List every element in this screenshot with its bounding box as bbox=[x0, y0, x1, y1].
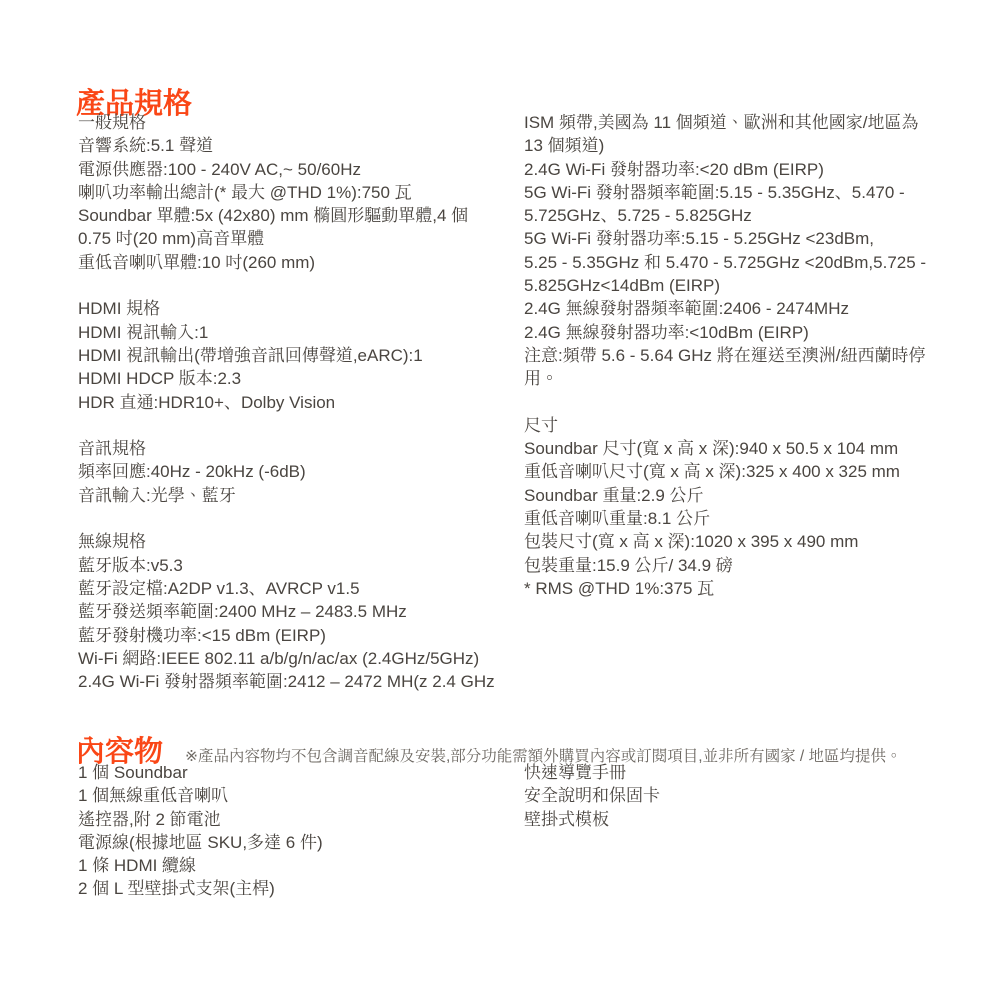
spec-line-group: 無線規格藍牙版本:v5.3藍牙設定檔:A2DP v1.3、AVRCP v1.5藍… bbox=[78, 530, 524, 693]
spec-line: 2.4G 無線發射器功率:<10dBm (EIRP) bbox=[524, 321, 976, 344]
spec-line: 重低音喇叭單體:10 吋(260 mm) bbox=[78, 251, 524, 274]
spec-line: 用。 bbox=[524, 367, 976, 390]
spec-line-group: ISM 頻帶,美國為 11 個頻道、歐洲和其他國家/地區為13 個頻道)2.4G… bbox=[524, 111, 976, 391]
spec-line: ISM 頻帶,美國為 11 個頻道、歐洲和其他國家/地區為 bbox=[524, 111, 976, 134]
contents-item-group: 快速導覽手冊安全說明和保固卡壁掛式模板 bbox=[524, 761, 976, 831]
spec-line: 2.4G 無線發射器頻率範圍:2406 - 2474MHz bbox=[524, 297, 976, 320]
product-spec-page: 產品規格 一般規格音響系統:5.1 聲道電源供應器:100 - 240V AC,… bbox=[0, 0, 1000, 1000]
spec-line-heading: 一般規格 bbox=[78, 111, 524, 134]
spec-line-heading: 音訊規格 bbox=[78, 437, 524, 460]
contents-item: 1 條 HDMI 纜線 bbox=[78, 854, 524, 877]
spec-line: 重低音喇叭重量:8.1 公斤 bbox=[524, 507, 976, 530]
spec-line: HDMI 視訊輸入:1 bbox=[78, 321, 524, 344]
contents-item: 2 個 L 型壁掛式支架(主桿) bbox=[78, 877, 524, 900]
spec-line: HDMI HDCP 版本:2.3 bbox=[78, 367, 524, 390]
spec-line: 注意:頻帶 5.6 - 5.64 GHz 將在運送至澳洲/紐西蘭時停 bbox=[524, 344, 976, 367]
spec-line: 5.725GHz、5.725 - 5.825GHz bbox=[524, 204, 976, 227]
box-contents-left-column: 1 個 Soundbar1 個無線重低音喇叭遙控器,附 2 節電池電源線(根據地… bbox=[78, 761, 524, 901]
spec-line: 電源供應器:100 - 240V AC,~ 50/60Hz bbox=[78, 158, 524, 181]
spec-line-group: 音訊規格頻率回應:40Hz - 20kHz (-6dB)音訊輸入:光學、藍牙 bbox=[78, 437, 524, 507]
spec-line: Soundbar 重量:2.9 公斤 bbox=[524, 484, 976, 507]
spec-line: 0.75 吋(20 mm)高音單體 bbox=[78, 227, 524, 250]
contents-item: 1 個 Soundbar bbox=[78, 761, 524, 784]
contents-item-group: 1 個 Soundbar1 個無線重低音喇叭遙控器,附 2 節電池電源線(根據地… bbox=[78, 761, 524, 901]
spec-line: Soundbar 單體:5x (42x80) mm 橢圓形驅動單體,4 個 bbox=[78, 204, 524, 227]
spec-line: 2.4G Wi-Fi 發射器頻率範圍:2412 – 2472 MH(z 2.4 … bbox=[78, 670, 524, 693]
spec-line: 5.825GHz<14dBm (EIRP) bbox=[524, 274, 976, 297]
spec-line-heading: HDMI 規格 bbox=[78, 297, 524, 320]
spec-line: 包裝重量:15.9 公斤/ 34.9 磅 bbox=[524, 554, 976, 577]
spec-line: Wi-Fi 網路:IEEE 802.11 a/b/g/n/ac/ax (2.4G… bbox=[78, 647, 524, 670]
contents-item: 壁掛式模板 bbox=[524, 808, 976, 831]
spec-line: 藍牙設定檔:A2DP v1.3、AVRCP v1.5 bbox=[78, 577, 524, 600]
spec-line: 5.25 - 5.35GHz 和 5.470 - 5.725GHz <20dBm… bbox=[524, 251, 976, 274]
contents-item: 快速導覽手冊 bbox=[524, 761, 976, 784]
spec-line-group: HDMI 規格HDMI 視訊輸入:1HDMI 視訊輸出(帶增強音訊回傳聲道,eA… bbox=[78, 297, 524, 413]
spec-line: HDMI 視訊輸出(帶增強音訊回傳聲道,eARC):1 bbox=[78, 344, 524, 367]
spec-line: 藍牙版本:v5.3 bbox=[78, 554, 524, 577]
spec-line: 藍牙發射機功率:<15 dBm (EIRP) bbox=[78, 624, 524, 647]
contents-item: 遙控器,附 2 節電池 bbox=[78, 808, 524, 831]
spec-line-heading: 無線規格 bbox=[78, 530, 524, 553]
spec-line: 5G Wi-Fi 發射器功率:5.15 - 5.25GHz <23dBm, bbox=[524, 227, 976, 250]
contents-item: 電源線(根據地區 SKU,多達 6 件) bbox=[78, 831, 524, 854]
contents-item: 安全說明和保固卡 bbox=[524, 784, 976, 807]
spec-line: 5G Wi-Fi 發射器頻率範圍:5.15 - 5.35GHz、5.470 - bbox=[524, 181, 976, 204]
spec-line: 藍牙發送頻率範圍:2400 MHz – 2483.5 MHz bbox=[78, 600, 524, 623]
spec-line-group: 一般規格音響系統:5.1 聲道電源供應器:100 - 240V AC,~ 50/… bbox=[78, 111, 524, 274]
spec-line: 2.4G Wi-Fi 發射器功率:<20 dBm (EIRP) bbox=[524, 158, 976, 181]
spec-line: * RMS @THD 1%:375 瓦 bbox=[524, 577, 976, 600]
spec-line: 音響系統:5.1 聲道 bbox=[78, 134, 524, 157]
spec-line: 包裝尺寸(寬 x 高 x 深):1020 x 395 x 490 mm bbox=[524, 530, 976, 553]
product-specs-right-column: ISM 頻帶,美國為 11 個頻道、歐洲和其他國家/地區為13 個頻道)2.4G… bbox=[524, 111, 976, 600]
spec-line: 喇叭功率輸出總計(* 最大 @THD 1%):750 瓦 bbox=[78, 181, 524, 204]
spec-line: 音訊輸入:光學、藍牙 bbox=[78, 484, 524, 507]
spec-line: HDR 直通:HDR10+、Dolby Vision bbox=[78, 391, 524, 414]
spec-line-group: 尺寸Soundbar 尺寸(寬 x 高 x 深):940 x 50.5 x 10… bbox=[524, 414, 976, 600]
contents-item: 1 個無線重低音喇叭 bbox=[78, 784, 524, 807]
spec-line: 重低音喇叭尺寸(寬 x 高 x 深):325 x 400 x 325 mm bbox=[524, 460, 976, 483]
spec-line: 頻率回應:40Hz - 20kHz (-6dB) bbox=[78, 460, 524, 483]
spec-line: Soundbar 尺寸(寬 x 高 x 深):940 x 50.5 x 104 … bbox=[524, 437, 976, 460]
spec-line: 13 個頻道) bbox=[524, 134, 976, 157]
spec-line-heading: 尺寸 bbox=[524, 414, 976, 437]
product-specs-left-column: 一般規格音響系統:5.1 聲道電源供應器:100 - 240V AC,~ 50/… bbox=[78, 111, 524, 693]
box-contents-right-column: 快速導覽手冊安全說明和保固卡壁掛式模板 bbox=[524, 761, 976, 831]
